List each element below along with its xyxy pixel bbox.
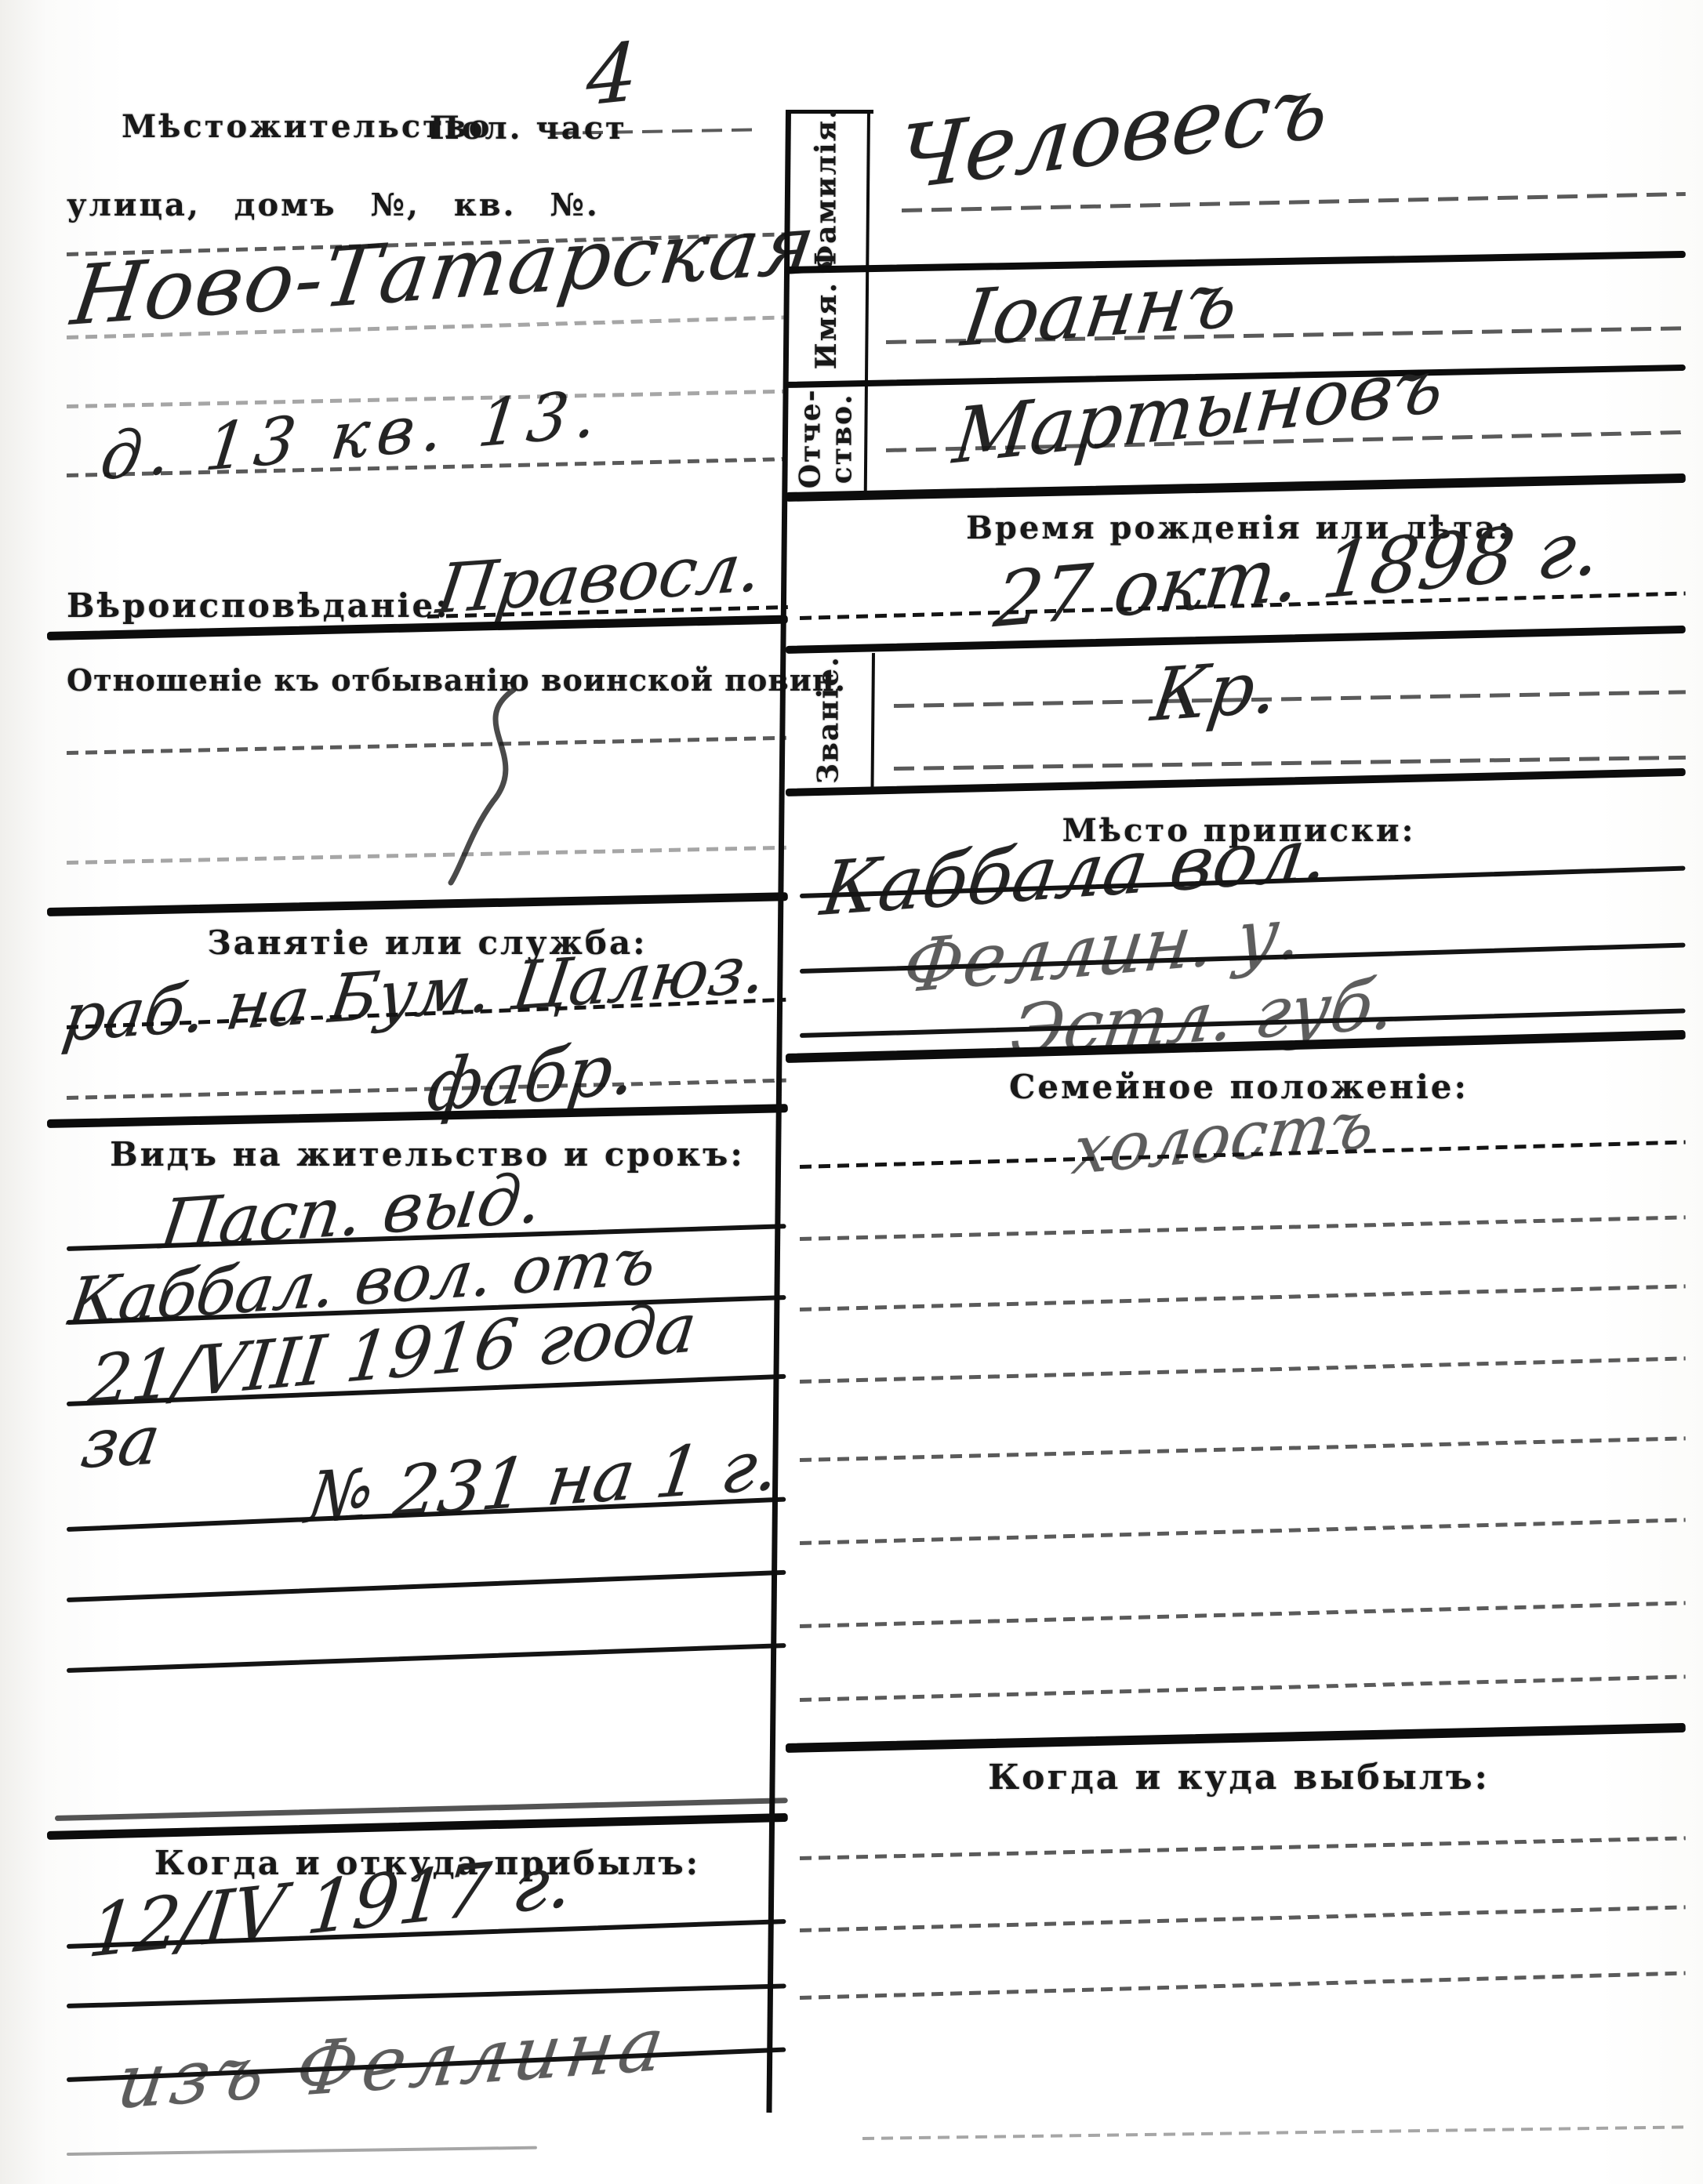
rank-label-cell: Званіе. bbox=[786, 650, 872, 789]
rule-line bbox=[786, 473, 1686, 502]
rule-line bbox=[67, 1983, 786, 2008]
flourish-stroke bbox=[435, 684, 553, 887]
rule-line bbox=[786, 768, 1686, 796]
rank-value: Кр. bbox=[1147, 644, 1284, 738]
rule-line bbox=[894, 756, 1686, 771]
religion-label: Вѣроисповѣданіе: bbox=[67, 586, 450, 625]
patronymic-label-cell: Отче- ство. bbox=[786, 386, 867, 491]
rule-line bbox=[800, 1518, 1686, 1545]
rule-line bbox=[67, 846, 786, 865]
rule-line bbox=[800, 1905, 1686, 1932]
rule-line bbox=[47, 892, 788, 916]
surname-label: Фамилія. bbox=[811, 108, 842, 273]
rule-line bbox=[47, 1104, 788, 1128]
police-part-value: 4 bbox=[585, 25, 639, 125]
rule-line bbox=[894, 690, 1686, 708]
patronymic-label: Отче- ство. bbox=[795, 388, 859, 488]
departure-label: Когда и куда выбылъ: bbox=[792, 1758, 1686, 1798]
rule-line bbox=[800, 1674, 1686, 1702]
permit-value-line4: за bbox=[76, 1401, 165, 1484]
rule-line bbox=[786, 1723, 1686, 1753]
rule-line bbox=[862, 2125, 1686, 2140]
registration-card-scan: Мѣстожительство Пол. част 4 улица, домъ … bbox=[0, 0, 1703, 2184]
rank-label: Званіе. bbox=[813, 655, 844, 784]
name-label-cell: Имя. bbox=[786, 270, 867, 380]
name-label: Имя. bbox=[811, 281, 842, 369]
rule-line bbox=[800, 1284, 1686, 1311]
surname-value: Человесъ bbox=[895, 55, 1332, 209]
rule-line bbox=[67, 1643, 786, 1673]
house-flat-value: д. 13 кв. 13. bbox=[96, 375, 608, 495]
rule-line bbox=[67, 736, 786, 755]
patronymic-label-line2: ство. bbox=[826, 388, 858, 488]
rule-line bbox=[902, 192, 1686, 212]
rule-line bbox=[800, 1215, 1686, 1241]
patronymic-label-line1: Отче- bbox=[795, 388, 826, 488]
rule-line bbox=[67, 2146, 537, 2156]
rule-line bbox=[800, 1601, 1686, 1628]
rule-line bbox=[67, 1570, 786, 1602]
rule-line bbox=[800, 1356, 1686, 1384]
name-value: Іоаннъ bbox=[957, 255, 1244, 365]
patronymic-value: Мартыновъ bbox=[950, 340, 1448, 481]
rule-line bbox=[800, 1436, 1686, 1462]
surname-label-cell: Фамилія. bbox=[786, 114, 867, 267]
rule-line bbox=[800, 1971, 1686, 2000]
permit-value-line5: № 231 на 1 г. bbox=[302, 1424, 784, 1538]
rule-line bbox=[800, 1836, 1686, 1860]
